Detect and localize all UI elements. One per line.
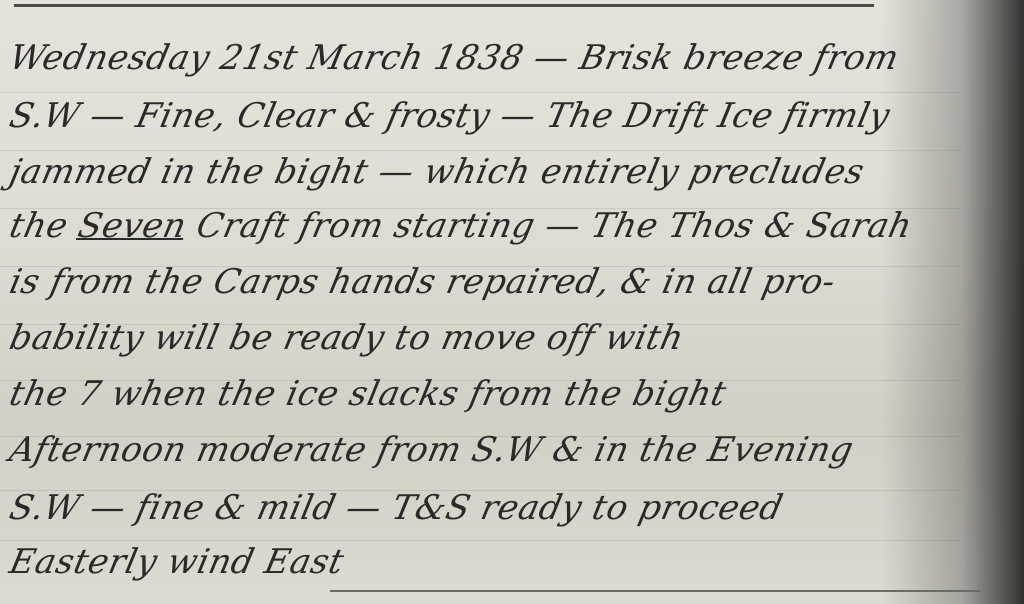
bottom-rule [330,590,980,592]
journal-line-10: Easterly wind East [6,542,348,582]
ruled-line [0,92,960,93]
ruled-line [0,540,960,541]
journal-line-5: is from the Carps hands repaired, & in a… [6,262,839,302]
journal-line-8: Afternoon moderate from S.W & in the Eve… [6,430,857,470]
ruled-line [0,150,960,151]
journal-line-1: Wednesday 21st March 1838 — Brisk breeze… [6,38,903,78]
journal-line-2: S.W — Fine, Clear & frosty — The Drift I… [6,96,894,136]
top-rule [14,4,874,7]
underlined-word: Seven [75,206,191,246]
journal-line-4: the Seven Craft from starting — The Thos… [6,206,916,246]
journal-line-3: jammed in the bight — which entirely pre… [6,152,868,192]
journal-page: Wednesday 21st March 1838 — Brisk breeze… [0,0,1024,604]
journal-line-9: S.W — fine & mild — T&S ready to proceed [6,488,787,528]
journal-line-6: bability will be ready to move off with [6,318,688,358]
journal-line-7: the 7 when the ice slacks from the bight [6,374,730,414]
